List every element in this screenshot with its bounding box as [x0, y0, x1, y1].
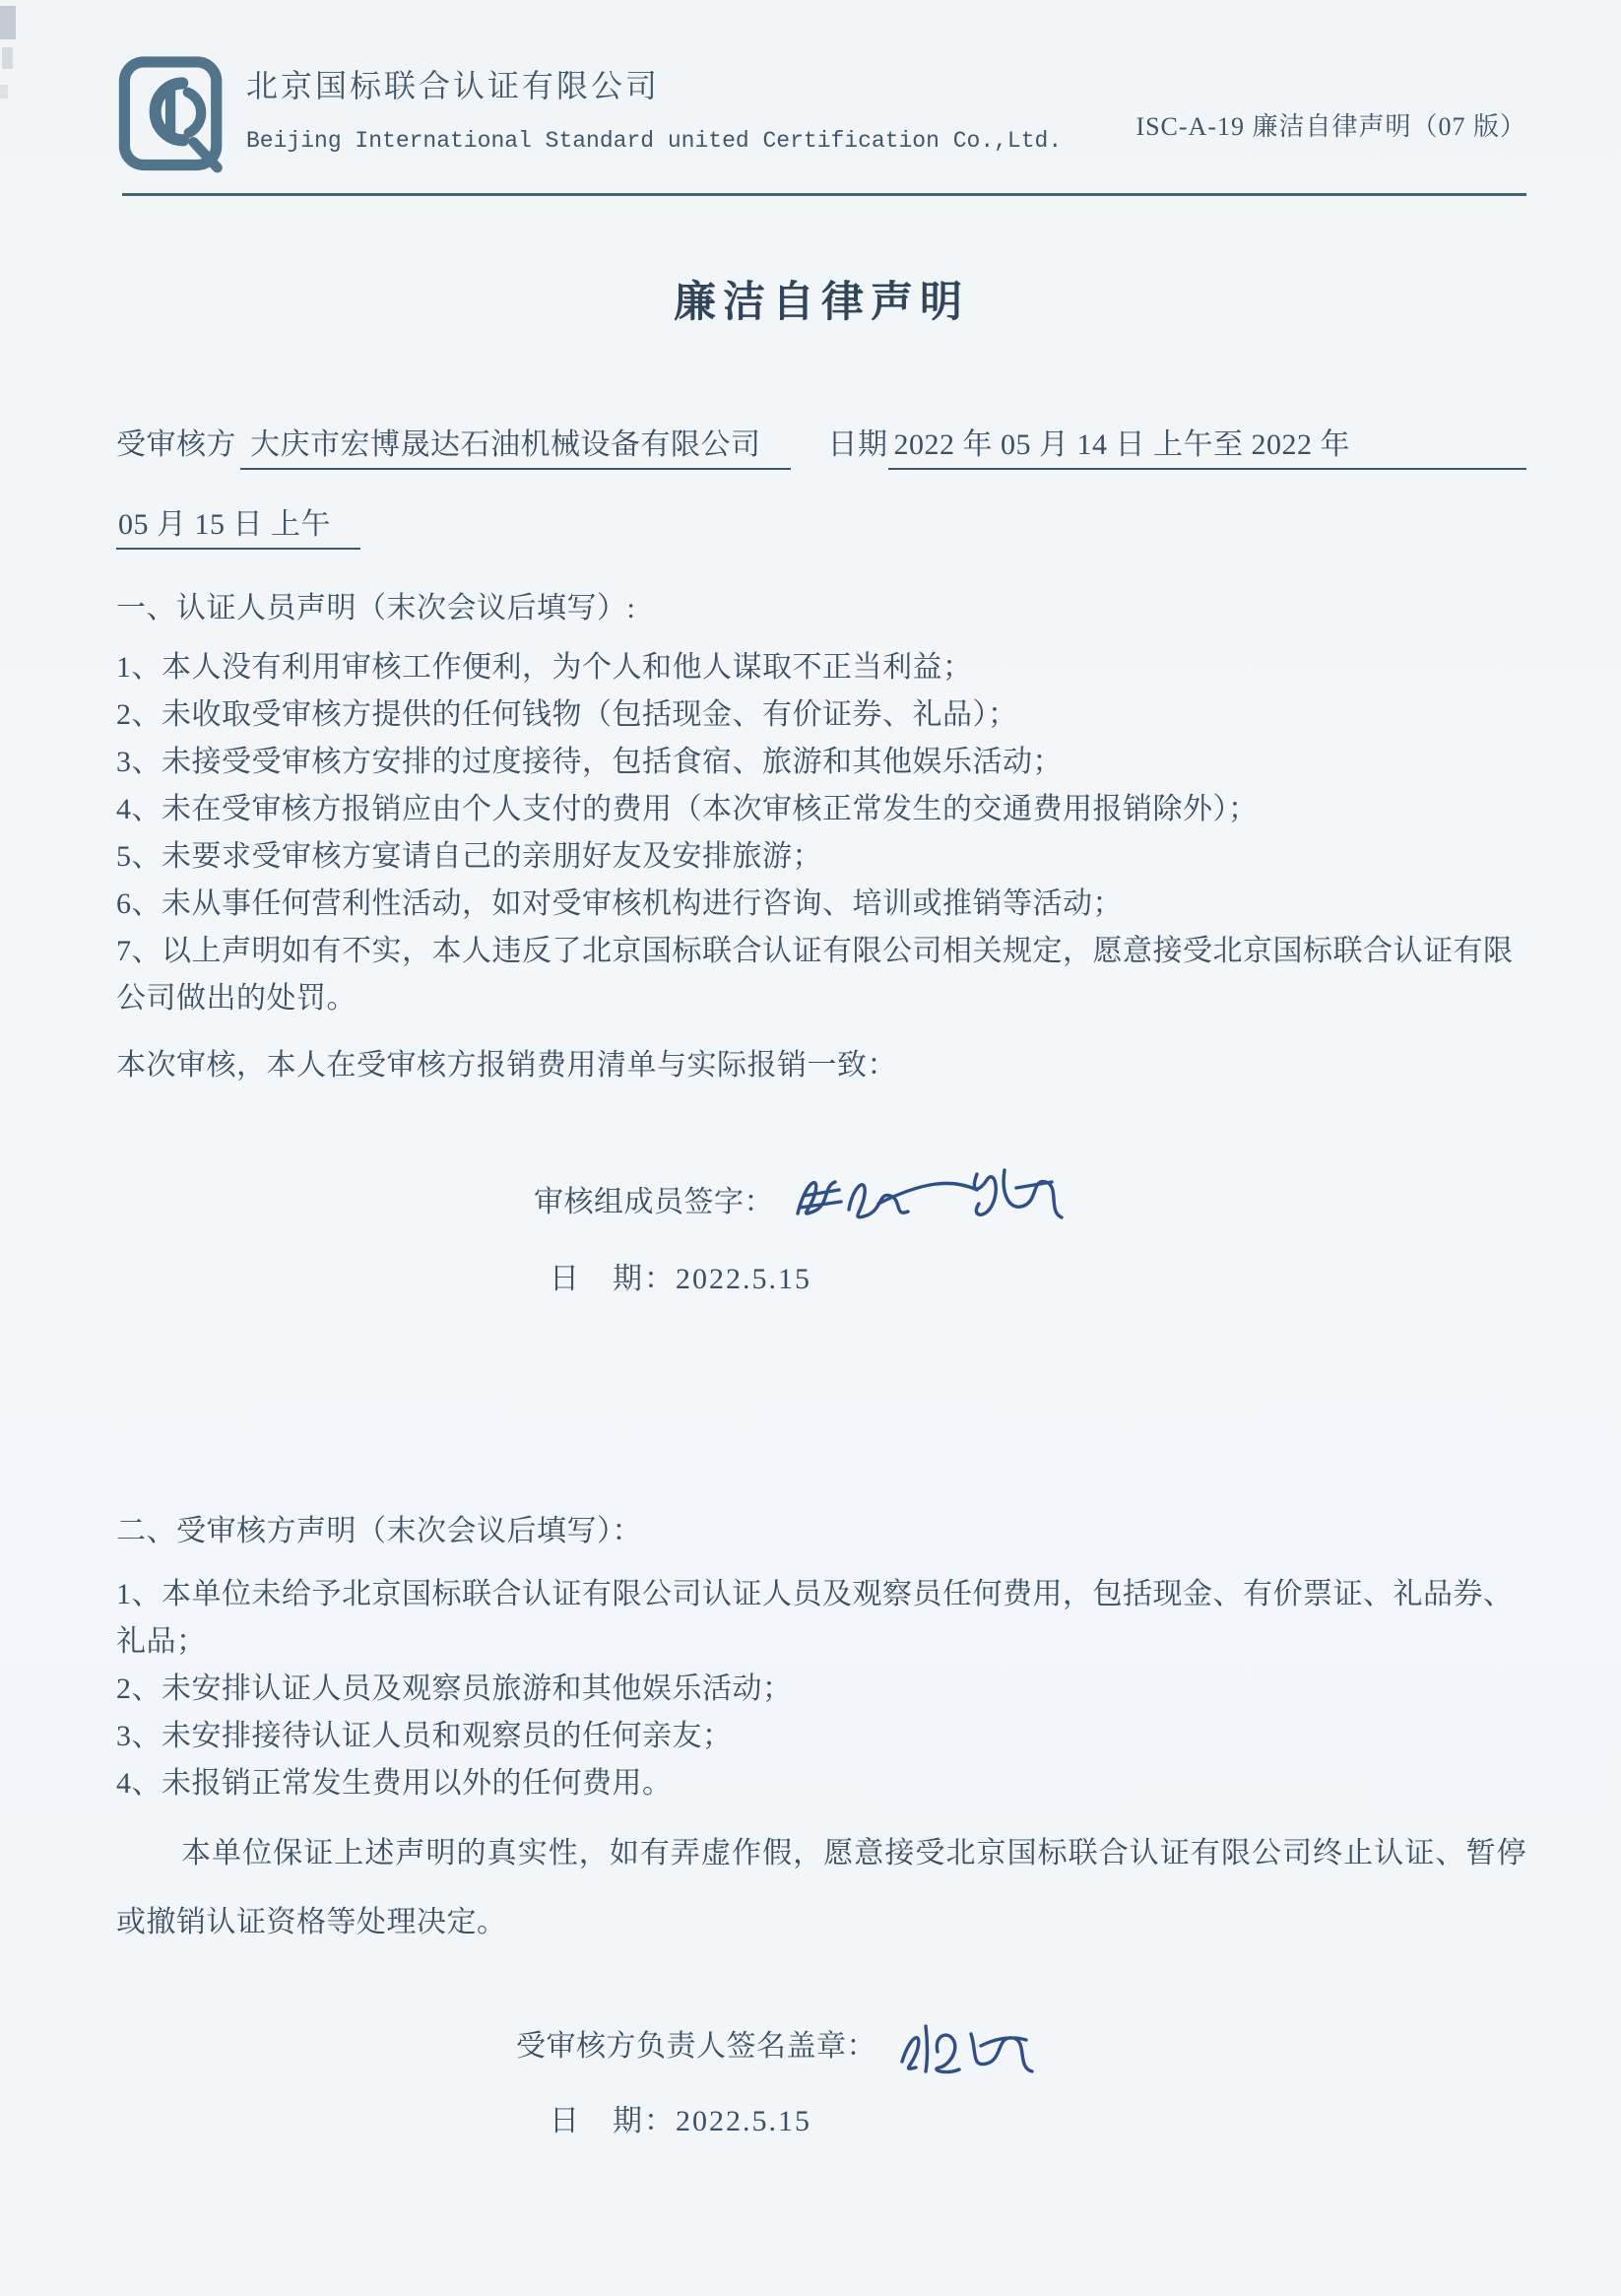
section2-closing: 本单位保证上述声明的真实性，如有弄虚作假，愿意接受北京国标联合认证有限公司终止认… — [116, 1819, 1526, 1957]
audit-date-range-line1: 2022 年 05 月 14 日 上午至 2022 年 — [888, 420, 1527, 470]
section1-date-line: 日 期：2022.5.15 — [550, 1254, 1526, 1297]
scan-artifact — [0, 6, 16, 39]
page-title: 廉洁自律声明 — [116, 269, 1526, 329]
list-item: 4、未在受审核方报销应由个人支付的费用（本次审核正常发生的交通费用报销除外）； — [116, 786, 1526, 833]
company-name-en: Beijing International Standard united Ce… — [246, 128, 1062, 154]
company-logo-icon — [116, 55, 227, 177]
audit-team-signature-row: 审核组成员签字： — [534, 1127, 1526, 1220]
auditee-leader-signature-label: 受审核方负责人签名盖章： — [516, 2021, 876, 2065]
company-name-cn: 北京国标联合认证有限公司 — [246, 61, 1062, 106]
scan-artifact — [2, 47, 13, 69]
auditee-leader-signature-row: 受审核方负责人签名盖章： — [516, 1981, 1526, 2065]
section2-items: 1、本单位未给予北京国标联合认证有限公司认证人员及观察员任何费用，包括现金、有价… — [116, 1571, 1526, 1807]
auditee-name: 大庆市宏博晟达石油机械设备有限公司 — [240, 420, 791, 470]
section1-heading: 一、认证人员声明（末次会议后填写）: — [116, 583, 1526, 626]
date-label: 日期 — [828, 420, 888, 463]
handwritten-signature-auditee-leader — [886, 2006, 1103, 2090]
list-item: 4、未报销正常发生费用以外的任何费用。 — [116, 1760, 1526, 1807]
audit-team-signature-label: 审核组成员签字： — [534, 1177, 774, 1220]
list-item: 5、未要求受审核方宴请自己的亲朋好友及安排旅游； — [116, 833, 1526, 881]
doc-code: ISC-A-19 廉洁自律声明（07 版） — [1135, 106, 1526, 143]
list-item: 3、未安排接待认证人员和观察员的任何亲友； — [116, 1713, 1526, 1760]
list-item: 2、未收取受审核方提供的任何钱物（包括现金、有价证券、礼品）； — [116, 691, 1526, 739]
section1-closing: 本次审核，本人在受审核方报销费用清单与实际报销一致： — [116, 1040, 1526, 1083]
scanned-document-page: 北京国标联合认证有限公司 Beijing International Stand… — [0, 0, 1621, 2296]
scan-artifact — [0, 85, 8, 98]
auditee-date-line: 受审核方 大庆市宏博晟达石油机械设备有限公司 日期 2022 年 05 月 14… — [116, 420, 1526, 470]
list-item: 1、本人没有利用审核工作便利，为个人和他人谋取不正当利益； — [116, 644, 1526, 691]
list-item: 3、未接受受审核方安排的过度接待，包括食宿、旅游和其他娱乐活动； — [116, 739, 1526, 786]
list-item: 7、以上声明如有不实，本人违反了北京国标联合认证有限公司相关规定，愿意接受北京国… — [116, 928, 1526, 1022]
list-item: 1、本单位未给予北京国标联合认证有限公司认证人员及观察员任何费用，包括现金、有价… — [116, 1571, 1526, 1666]
section2-date-line: 日 期：2022.5.15 — [550, 2096, 1526, 2139]
list-item: 6、未从事任何营利性活动，如对受审核机构进行咨询、培训或推销等活动； — [116, 881, 1526, 928]
handwritten-signature-audit-team — [784, 1152, 1079, 1246]
section1-items: 1、本人没有利用审核工作便利，为个人和他人谋取不正当利益； 2、未收取受审核方提… — [116, 644, 1526, 1022]
company-names: 北京国标联合认证有限公司 Beijing International Stand… — [246, 55, 1062, 154]
auditee-label: 受审核方 — [116, 420, 236, 463]
header-divider — [122, 193, 1526, 196]
list-item: 2、未安排认证人员及观察员旅游和其他娱乐活动； — [116, 1666, 1526, 1713]
section2-heading: 二、受审核方声明（末次会议后填写）： — [116, 1506, 1526, 1549]
audit-date-range-line2: 05 月 15 日 上午 — [116, 499, 360, 550]
letterhead: 北京国标联合认证有限公司 Beijing International Stand… — [116, 0, 1526, 177]
